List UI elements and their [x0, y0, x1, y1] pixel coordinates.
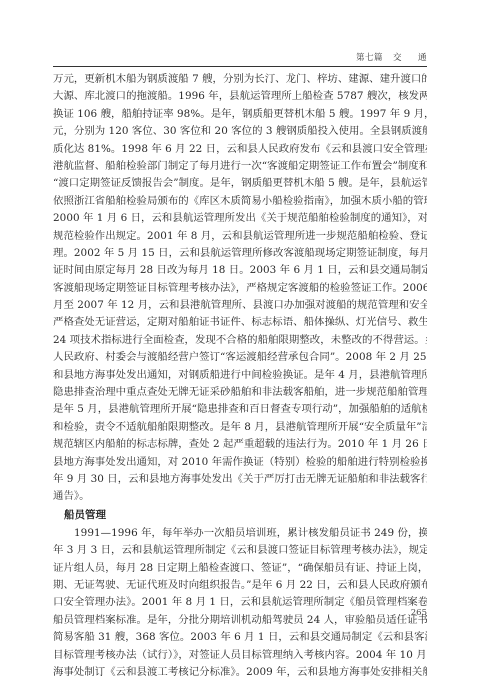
text-line: 质化达 81%。1998 年 6 月 22 日，云和县人民政府发布《云和县渡口安…	[53, 141, 427, 158]
text-line: 年 3 月 3 日，云和县航运管理所制定《云和县渡口签证目标管理考核办法》，规定…	[53, 542, 427, 559]
text-line: 1991—1996 年，每年举办一次船员培训班，累计核发船员证书 249 份，换…	[53, 525, 427, 542]
text-line: 严格查处无证营运，定期对船舶证书证件、标志标语、船体操纵、灯光信号、救生设施等	[53, 314, 427, 331]
page-number: 265	[380, 608, 427, 618]
text-line: 月至 2007 年 12 月，云和县港航管理所、县渡口办加强对渡船的规范管理和安…	[53, 297, 427, 314]
text-line: 24 项技术指标进行全面检查，发现不合格的船舶限期整改，未整改的不得营运。乡（镇…	[53, 332, 427, 349]
text-line: 目标管理考核办法（试行）》，对签证人员目标管理纳入考核内容。2004 年 10 …	[53, 647, 427, 664]
text-line: 客渡船现场定期签证目标管理考核办法》，严格规定客渡船的检验签证工作。2006 年…	[53, 280, 427, 297]
section-label-b: 通	[418, 53, 427, 63]
text-line: 通告》。	[53, 488, 427, 505]
text-line: 元，分别为 120 客位、30 客位和 20 客位的 3 艘钢质船投入使用。全县…	[53, 123, 427, 140]
text-line: 海事处制订《云和县渡工考核记分标准》。2009 年，云和县地方海事处安排相关船员…	[53, 664, 427, 679]
text-line: 船员管理档案标准。是年，分批分期培训机动船驾驶员 24 人，审验船员适任证书 7…	[53, 612, 427, 629]
text-line: 期、无证驾驶、无证代班及时向组织报告。”是年 6 月 22 日，云和县人民政府颁…	[53, 577, 427, 594]
text-line: 2000 年 1 月 6 日，云和县航运管理所发出《关于规范船舶检验制度的通知》…	[53, 210, 427, 227]
section-label-a: 交	[393, 53, 402, 63]
text-line: 规范检验作出规定。2001 年 8 月，云和县航运管理所进一步规范船舶检验、登记…	[53, 228, 427, 245]
text-line: 万元，更新机木船为钢质渡船 7 艘，分别为长汀、龙门、梓坊、建源、建升渡口的客渡…	[53, 71, 427, 88]
section-heading: 船员管理	[53, 506, 427, 525]
text-line: 县地方海事处发出通知，对 2010 年需作换证（特别）检验的船舶进行特别检验换证…	[53, 454, 427, 471]
text-line: 简易客船 31 艘，368 客位。2003 年 6 月 1 日，云和县交通局制定…	[53, 629, 427, 646]
text-line: “渡口定期签证反馈报告会”制度。是年，钢质船更替机木船 5 艘。是年，县航运管理…	[53, 175, 427, 192]
header-rule	[53, 66, 427, 67]
text-line: 和县地方海事处发出通知，对钢质船进行中间检验换证。是年 4 月，县港航管理所在	[53, 367, 427, 384]
text-line: 大源、库北渡口的拖渡船。1996 年，县航运管理所上船检查 5787 艘次，核发…	[53, 88, 427, 105]
text-line: 证时间由原定每月 28 日改为每月 18 日。2003 年 6 月 1 日，云和…	[53, 262, 427, 279]
text-line: 证片组人员，每月 28 日定期上船检查渡口、签证”，“确保船员有证、持证上岗，发…	[53, 560, 427, 577]
text-line: 是年 5 月，县港航管理所开展“隐患排查和百日督查专项行动”，加强船舶的适航检查	[53, 401, 427, 418]
chapter-label: 第七篇	[356, 53, 383, 63]
text-line: 依照浙江省船舶检验局颁布的《库区木质简易小船检验指南》，加强木质小船的管理。	[53, 193, 427, 210]
text-line: 和检验，责令不适航船舶限期整改。是年 8 月，县港航管理所开展“安全质量年”活动…	[53, 419, 427, 436]
text-line: 规范辖区内船舶的标志标牌，查处 2 起严重超载的违法行为。2010 年 1 月 …	[53, 436, 427, 453]
running-header: 第七篇交通	[53, 51, 427, 65]
text-line: 隐患排查治理中重点查处无牌无证采砂船舶和非法载客船舶，进一步规范船舶管理。	[53, 384, 427, 401]
text-line: 人民政府、村委会与渡船经营户签订“客运渡船经营承包合同”。2008 年 2 月 …	[53, 349, 427, 366]
text-line: 港航监督、船舶检验部门制定了每月进行一次“客渡船定期签证工作布置会”制度和	[53, 158, 427, 175]
text-line: 年 9 月 30 日，云和县地方海事处发出《关于严厉打击无牌无证船舶和非法载客行…	[53, 471, 427, 488]
text-line: 理。2002 年 5 月 15 日，云和县航运管理所修改客渡船现场定期签证制度，…	[53, 245, 427, 262]
text-line: 换证 106 艘，船舶持证率 98%。是年，钢质船更替机木船 5 艘。1997 …	[53, 106, 427, 123]
page-body: 万元，更新机木船为钢质渡船 7 艘，分别为长汀、龙门、梓坊、建源、建升渡口的客渡…	[53, 71, 427, 679]
text-line: 口安全管理办法》。2001 年 8 月 1 日，云和县航运管理所制定《船员管理档…	[53, 594, 427, 611]
